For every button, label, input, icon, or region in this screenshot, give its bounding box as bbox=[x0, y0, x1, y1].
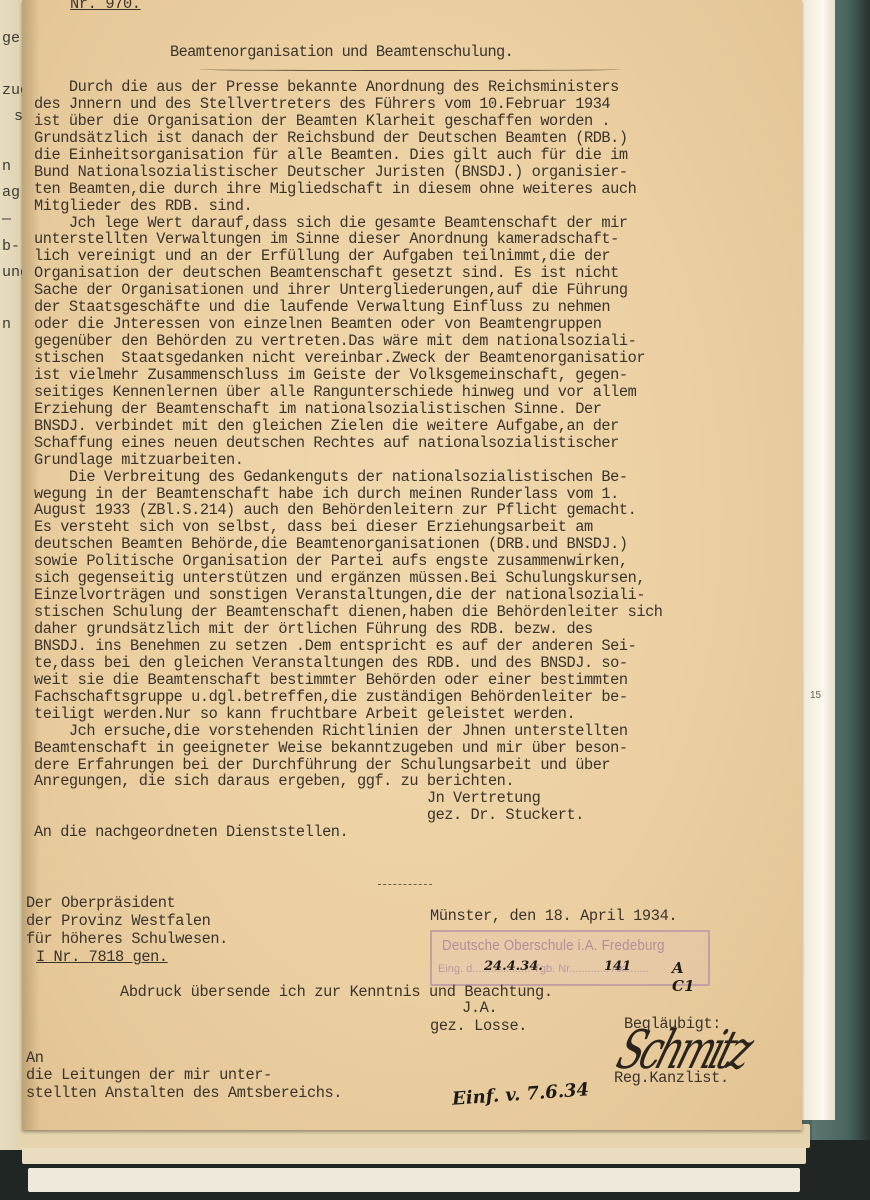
signed-losse: gez. Losse. bbox=[430, 1018, 527, 1034]
stamp-tgb-number: 141 bbox=[604, 959, 631, 974]
body-line: Die Verbreitung des Gedankenguts der nat… bbox=[34, 469, 794, 486]
body-line: daher grundsätzlich mit der örtlichen Fü… bbox=[34, 621, 794, 638]
margin-mark: 15 bbox=[810, 690, 821, 701]
recipient-line: An bbox=[26, 1050, 342, 1066]
body-line: des Jnnern und des Stellvertreters des F… bbox=[34, 96, 794, 113]
body-line: ist vielmehr Zusammenschluss im Geiste d… bbox=[34, 367, 794, 384]
title-underline bbox=[200, 68, 620, 71]
document-title: Beamtenorganisation und Beamtenschulung. bbox=[170, 44, 513, 60]
sender-reference: I Nr. 7818 gen. bbox=[26, 948, 228, 966]
prev-fragment: ag bbox=[2, 184, 20, 201]
body-line: Jch lege Wert darauf,dass sich die gesam… bbox=[34, 215, 794, 232]
sender-line: Der Oberpräsident bbox=[26, 894, 228, 912]
prev-fragment: n bbox=[2, 158, 11, 175]
body-line: ist über die Organisation der Beamten Kl… bbox=[34, 113, 794, 130]
sender-block: Der Oberpräsident der Provinz Westfalen … bbox=[26, 894, 228, 966]
body-line: Schaffung eines neuen deutschen Rechtes … bbox=[34, 435, 794, 452]
body-line: seitiges Kennenlernen über alle Rangunte… bbox=[34, 384, 794, 401]
sender-line: der Provinz Westfalen bbox=[26, 912, 228, 930]
body-line: sich gegenseitig unterstützen und ergänz… bbox=[34, 570, 794, 587]
body-line: stischen Staatsgedanken nicht vereinbar.… bbox=[34, 350, 794, 367]
body-line: Fachschaftsgruppe u.dgl.betreffen,die zu… bbox=[34, 689, 794, 706]
stamp-eing-label: Eing. d. bbox=[438, 963, 475, 975]
body-line: Jch ersuche,die vorstehenden Richtlinien… bbox=[34, 723, 794, 740]
prev-fragment: — bbox=[2, 211, 11, 228]
prev-fragment: ge bbox=[2, 30, 20, 47]
recipient-block: An die Leitungen der mir unter- stellten… bbox=[26, 1050, 342, 1102]
body-line: Einzelvorträgen und sonstigen Veranstalt… bbox=[34, 587, 794, 604]
document-body: Durch die aus der Presse bekannte Anordn… bbox=[34, 79, 794, 841]
ja-label: J.A. bbox=[462, 1000, 497, 1016]
body-line: ten Beamten,die durch ihre Migliedschaft… bbox=[34, 181, 794, 198]
body-line: die Einheitsorganisation für alle Beamte… bbox=[34, 147, 794, 164]
stamp-eing-date: 24.4.34. bbox=[484, 959, 543, 974]
body-line: Sache der Organisationen und ihrer Unter… bbox=[34, 282, 794, 299]
body-line: gegenüber den Behörden zu vertreten.Das … bbox=[34, 333, 794, 350]
body-line: lich vereinigt und an der Erfüllung der … bbox=[34, 248, 794, 265]
body-line: BNSDJ. ins Benehmen zu setzen .Dem entsp… bbox=[34, 638, 794, 655]
body-line: der Staatsgeschäfte und die laufende Ver… bbox=[34, 299, 794, 316]
body-line: Beamtenschaft in geeigneter Weise bekann… bbox=[34, 740, 794, 757]
forwarding-text: Abdruck übersende ich zur Kenntnis und B… bbox=[120, 984, 553, 1000]
body-line: weit sie die Beamtenschaft bestimmter Be… bbox=[34, 672, 794, 689]
prev-fragment: b- bbox=[2, 238, 20, 255]
body-line: sowie Politische Organisation der Partei… bbox=[34, 553, 794, 570]
body-line: gez. Dr. Stuckert. bbox=[34, 807, 794, 824]
sender-line: für höheres Schulwesen. bbox=[26, 930, 228, 948]
body-line: Mitglieder des RDB. sind. bbox=[34, 198, 794, 215]
body-line: Grundsätzlich ist danach der Reichsbund … bbox=[34, 130, 794, 147]
document-page: Nr. 970. Beamtenorganisation und Beamten… bbox=[22, 0, 802, 1130]
body-line: August 1933 (ZBl.S.214) auch den Behörde… bbox=[34, 502, 794, 519]
sheet-edge bbox=[28, 1168, 800, 1192]
body-line: An die nachgeordneten Dienststellen. bbox=[34, 824, 794, 841]
stamp-akt-value: A C1 bbox=[672, 959, 708, 995]
place-date: Münster, den 18. April 1934. bbox=[430, 908, 677, 924]
section-separator bbox=[378, 884, 432, 887]
body-line: Jn Vertretung bbox=[34, 790, 794, 807]
body-line: te,dass bei den gleichen Veranstaltungen… bbox=[34, 655, 794, 672]
prev-fragment: n bbox=[2, 316, 11, 333]
body-line: Bund Nationalsozialistischer Deutscher J… bbox=[34, 164, 794, 181]
receipt-stamp: Deutsche Oberschule i.A. Fredeburg Eing.… bbox=[430, 930, 710, 986]
body-line: BNSDJ. verbindet mit den gleichen Zielen… bbox=[34, 418, 794, 435]
clerk-title: Reg.Kanzlist. bbox=[614, 1070, 729, 1086]
body-line: deutschen Beamten Behörde,die Beamtenorg… bbox=[34, 536, 794, 553]
body-line: Es versteht sich von selbst, dass bei di… bbox=[34, 519, 794, 536]
document-number: Nr. 970. bbox=[70, 0, 141, 12]
body-line: Erziehung der Beamtenschaft im nationals… bbox=[34, 401, 794, 418]
body-line: unterstellten Verwaltungen im Sinne dies… bbox=[34, 231, 794, 248]
body-line: oder die Jnteressen von einzelnen Beamte… bbox=[34, 316, 794, 333]
body-line: Durch die aus der Presse bekannte Anordn… bbox=[34, 79, 794, 96]
body-line: teiligt werden.Nur so kann fruchtbare Ar… bbox=[34, 706, 794, 723]
recipient-line: stellten Anstalten des Amtsbereichs. bbox=[26, 1084, 342, 1102]
body-line: Anregungen, die sich daraus ergeben, ggf… bbox=[34, 773, 794, 790]
recipient-line: die Leitungen der mir unter- bbox=[26, 1066, 342, 1084]
handwritten-note: Einf. v. 7.6.34 bbox=[451, 1079, 589, 1110]
body-line: dere Erfahrungen bei der Durchführung de… bbox=[34, 757, 794, 774]
body-line: stischen Schulung der Beamtenschaft dien… bbox=[34, 604, 794, 621]
stamp-institution: Deutsche Oberschule i.A. Fredeburg bbox=[442, 938, 665, 954]
body-line: Grundlage mitzuarbeiten. bbox=[34, 452, 794, 469]
body-line: Organisation der deutschen Beamtenschaft… bbox=[34, 265, 794, 282]
body-line: wegung in der Beamtenschaft habe ich dur… bbox=[34, 486, 794, 503]
